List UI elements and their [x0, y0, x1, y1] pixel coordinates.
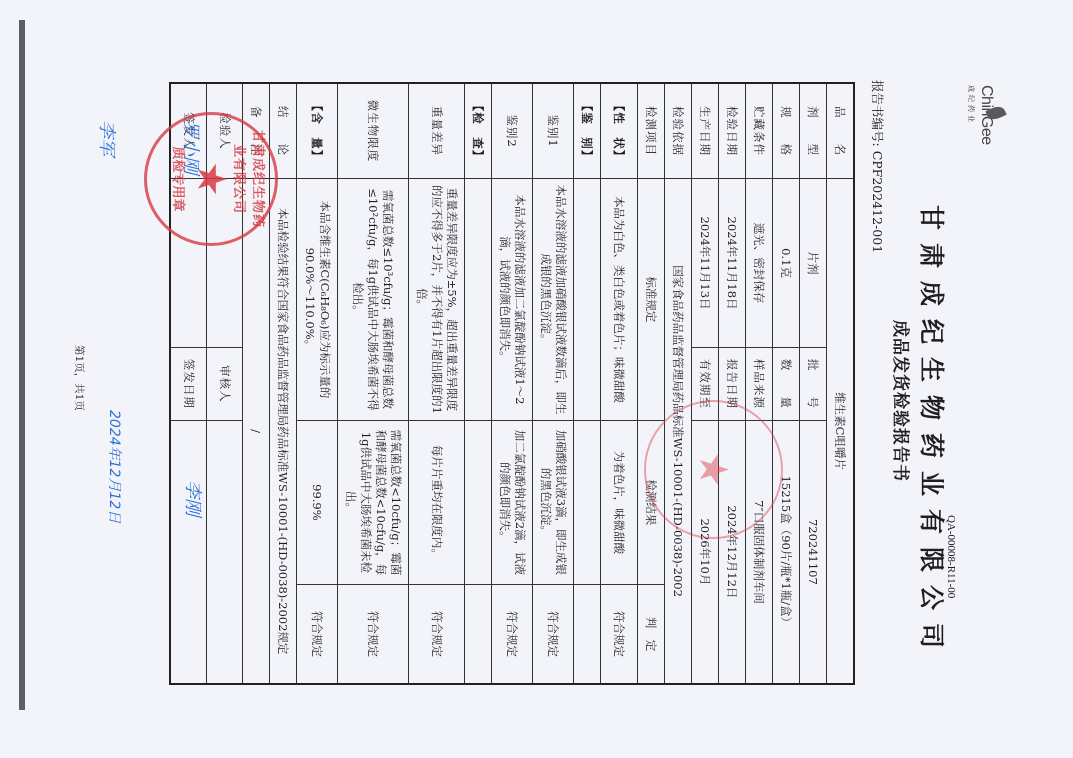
test-verdict: 符合规定	[601, 585, 638, 684]
qc-seal-stamp: 甘肃成纪生物药业有限公司 ★ 质检专用章	[144, 112, 278, 246]
issue-date-cell	[171, 420, 207, 684]
test-verdict: 符合规定	[533, 585, 574, 684]
inspector-signature: 罗小刚	[179, 120, 205, 174]
company-logo: ChinGee 成纪药业	[955, 85, 995, 155]
row-test-report-date: 检验日期 2024年11月18日 报告日期 2024年12月12日	[719, 83, 746, 684]
test-item: 微生物限度	[338, 83, 409, 179]
test-row: 【检 查】	[465, 83, 492, 684]
logo-text: ChinGee	[977, 85, 995, 155]
test-result: 为着色片，味微甜酸	[601, 420, 638, 584]
test-standard	[574, 179, 601, 421]
test-result: 加二氯靛酚钠试液2滴，试液的颜色即消失。	[492, 420, 533, 584]
issuer-signature: 李军	[95, 120, 121, 156]
production-date-label: 生产日期	[692, 83, 719, 179]
dosage-form-value: 片剂	[800, 179, 827, 348]
report-page: ChinGee 成纪药业 甘肃成纪生物药业有限公司 成品发货检验报告书 QA-0…	[0, 0, 1073, 758]
form-code: QA-00008-R11-00	[945, 515, 957, 598]
test-row: 鉴别1本品水溶液的滤液加硝酸银试液数滴后，即生成银的黑色沉淀。加硝酸银试液3滴，…	[533, 83, 574, 684]
reviewer-signature-cell	[207, 420, 243, 684]
document-title: 成品发货检验报告书	[890, 320, 915, 482]
conclusion-value: 本品检验结果符合国家食品药品监督管理局药品标准WS-10001-(HD-0038…	[270, 179, 297, 684]
row-production-expiry: 生产日期 2024年11月13日 有效期至 2026年10月	[692, 83, 719, 684]
batch-label: 批 号	[800, 348, 827, 421]
col-item: 检测项目	[638, 83, 665, 179]
test-verdict: 符合规定	[297, 585, 338, 684]
test-result	[465, 420, 492, 584]
test-item: 重量差异	[409, 83, 465, 179]
test-result: 99.9%	[297, 420, 338, 584]
seal-ring-text: 甘肃成纪生物药业有限公司	[231, 125, 269, 233]
test-standard: 重量差异限度应为±5%，超出重量差异限度的应不得多于2片，并不得有1片超出限度的…	[409, 179, 465, 421]
dosage-form-label: 剂 型	[800, 83, 827, 179]
test-result: 需氧菌总数<10cfu/g；霉菌和酵母菌总数<10cfu/g，每1g供试品中大肠…	[338, 420, 409, 584]
test-standard: 需氧菌总数≤10³cfu/g；霉菌和酵母菌总数≤10²cfu/g，每1g供试品中…	[338, 179, 409, 421]
row-storage-source: 贮藏条件 遮光、密封保存 样品来源 7″口服固体制剂车间	[746, 83, 773, 684]
test-item: 【性 状】	[601, 83, 638, 179]
report-number-label: 报告书编号:	[870, 80, 885, 147]
test-verdict: 符合规定	[492, 585, 533, 684]
test-row: 微生物限度需氧菌总数≤10³cfu/g；霉菌和酵母菌总数≤10²cfu/g，每1…	[338, 83, 409, 684]
test-standard: 本品水溶液的滤液加硝酸银试液数滴后，即生成银的黑色沉淀。	[533, 179, 574, 421]
faint-seal-stamp: ★	[644, 400, 783, 539]
storage-value: 遮光、密封保存	[746, 179, 773, 348]
test-result	[574, 420, 601, 584]
test-row: 重量差异重量差异限度应为±5%，超出重量差异限度的应不得多于2片，并不得有1片超…	[409, 83, 465, 684]
test-result: 每片片重均在限度内。	[409, 420, 465, 584]
test-date-value: 2024年11月18日	[719, 179, 746, 348]
test-standard	[465, 179, 492, 421]
test-item: 【鉴 别】	[574, 83, 601, 179]
test-result: 加硝酸银试液3滴，即生成银的黑色沉淀。	[533, 420, 574, 584]
issue-date-label: 签发日期	[171, 348, 207, 421]
row-dosage-batch: 剂 型 片剂 批 号 720241107	[800, 83, 827, 684]
test-verdict: 符合规定	[338, 585, 409, 684]
product-name-label: 品 名	[827, 83, 855, 179]
test-item: 鉴别1	[533, 83, 574, 179]
basis-label: 检验依据	[665, 83, 692, 179]
star-icon: ★	[694, 452, 734, 488]
test-standard: 本品水溶液的滤液加二氯靛酚钠试液1～2滴，试液的颜色即消失。	[492, 179, 533, 421]
reviewer-label: 审核人	[207, 348, 243, 421]
logo-subtext: 成纪药业	[966, 85, 976, 155]
test-item: 【检 查】	[465, 83, 492, 179]
batch-value: 720241107	[800, 420, 827, 684]
test-item: 鉴别2	[492, 83, 533, 179]
col-standard: 标准规定	[638, 179, 665, 421]
row-column-headers: 检测项目 标准规定 检测结果 判 定	[638, 83, 665, 684]
col-verdict: 判 定	[638, 585, 665, 684]
report-number: 报告书编号: CPF202412-001	[869, 80, 887, 253]
test-verdict	[465, 585, 492, 684]
test-row: 【性 状】本品为白色、类白色或着色片；味微甜酸为着色片，味微甜酸符合规定	[601, 83, 638, 684]
report-number-value: CPF202412-001	[870, 151, 885, 253]
test-item: 【含 量】	[297, 83, 338, 179]
scan-edge-bar	[19, 20, 25, 710]
production-date-value: 2024年11月13日	[692, 179, 719, 348]
issue-date-handwritten: 2024年12月12日	[105, 410, 125, 523]
quantity-label: 数 量	[773, 348, 800, 421]
remarks-value: /	[243, 179, 270, 684]
reviewer-signature: 李刚	[181, 480, 207, 516]
test-standard: 本品为白色、类白色或着色片；味微甜酸	[601, 179, 638, 421]
product-name-value: 维生素C咀嚼片	[827, 179, 855, 684]
row-spec-quantity: 规 格 0.1克 数 量 15215盒（90片/瓶*1瓶/盒）	[773, 83, 800, 684]
test-verdict	[574, 585, 601, 684]
page-footer: 第1页，共1页	[72, 345, 87, 411]
spec-label: 规 格	[773, 83, 800, 179]
test-standard: 本品含维生素C(C₆H₈O₆)应为标示量的90.0%～110.0%。	[297, 179, 338, 421]
test-row: 鉴别2本品水溶液的滤液加二氯靛酚钠试液1～2滴，试液的颜色即消失。加二氯靛酚钠试…	[492, 83, 533, 684]
test-row: 【鉴 别】	[574, 83, 601, 684]
test-date-label: 检验日期	[719, 83, 746, 179]
row-product-name: 品 名 维生素C咀嚼片	[827, 83, 855, 684]
row-basis: 检验依据 国家食品药品监督管理局药品标准WS-10001-(HD-0038)-2…	[665, 83, 692, 684]
tests-body: 【性 状】本品为白色、类白色或着色片；味微甜酸为着色片，味微甜酸符合规定【鉴 别…	[297, 83, 638, 684]
test-verdict: 符合规定	[409, 585, 465, 684]
test-row: 【含 量】本品含维生素C(C₆H₈O₆)应为标示量的90.0%～110.0%。9…	[297, 83, 338, 684]
spec-value: 0.1克	[773, 179, 800, 348]
storage-label: 贮藏条件	[746, 83, 773, 179]
